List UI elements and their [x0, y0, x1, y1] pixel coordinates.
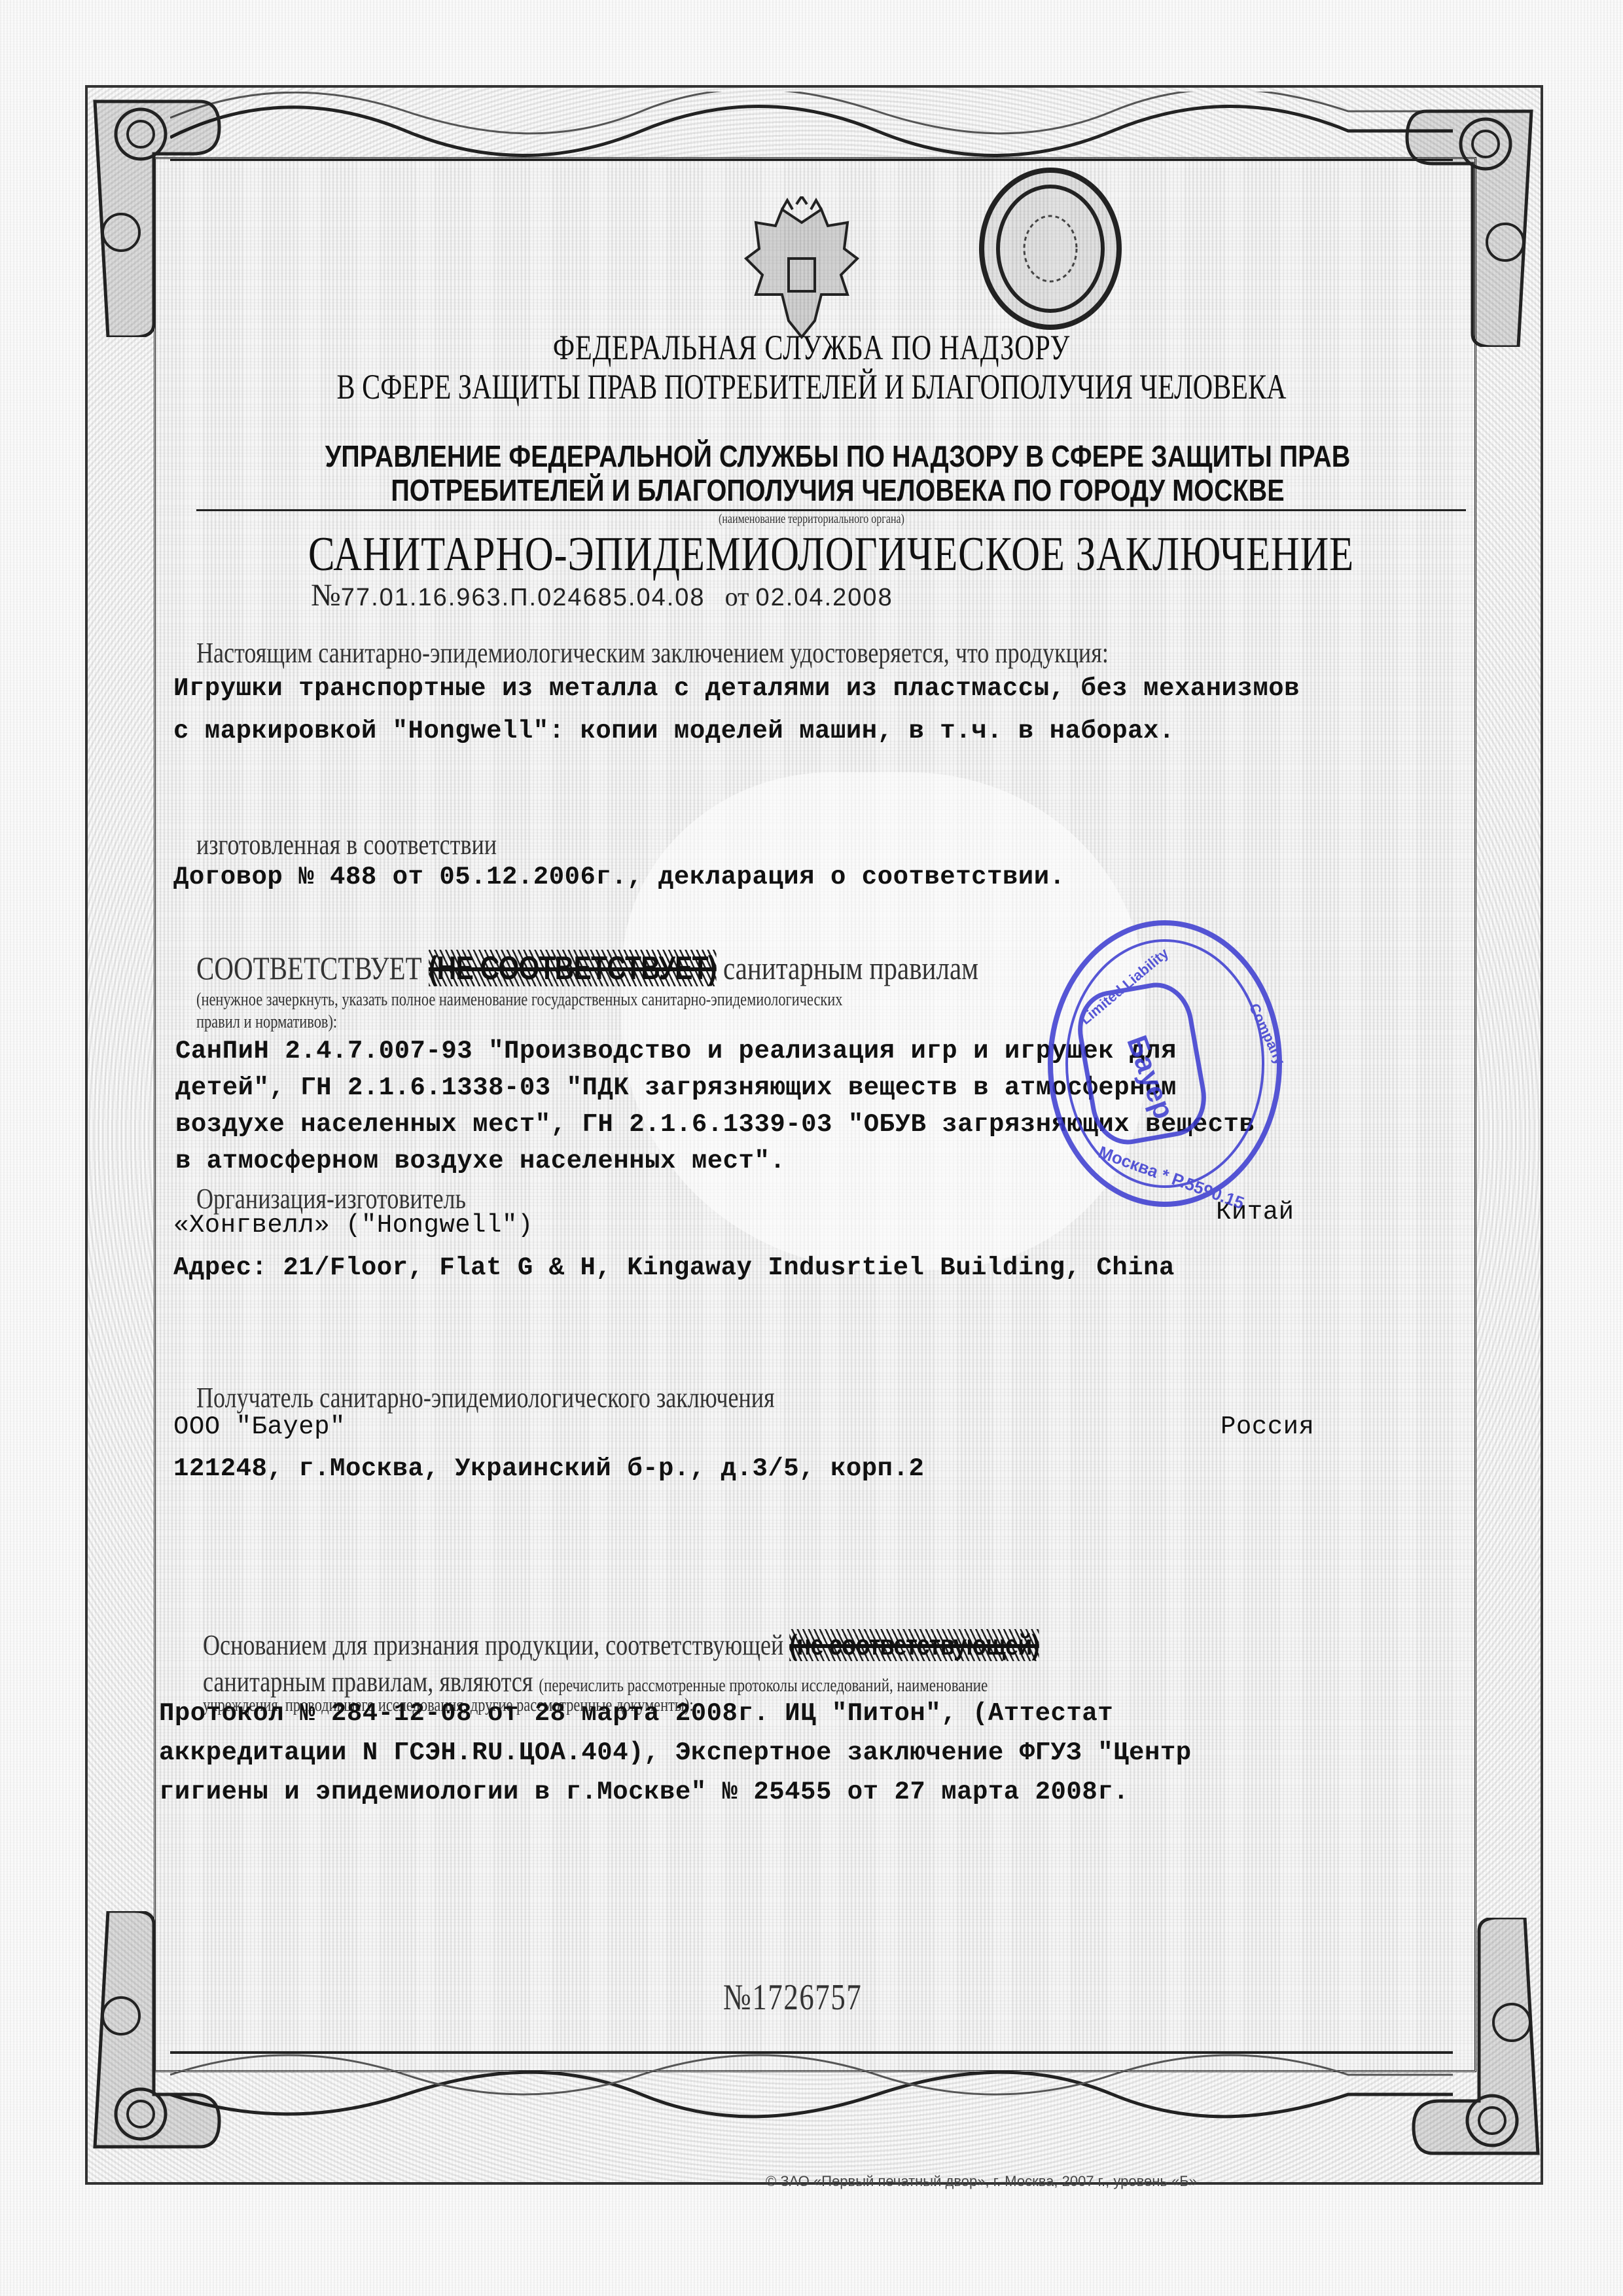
- department-underline: [196, 509, 1466, 511]
- struck-non-compliance-basis: (не соответствующей): [789, 1629, 1039, 1661]
- agency-name-line1: ФЕДЕРАЛЬНАЯ СЛУЖБА ПО НАДЗОРУ: [179, 327, 1444, 368]
- basis-document-line: аккредитации N ГСЭН.RU.ЦОА.404), Эксперт…: [159, 1738, 1192, 1767]
- corner-ornament-top-left: [82, 88, 226, 337]
- number-sign: №: [311, 578, 341, 613]
- printer-imprint: © ЗАО «Первый печатный двор», г. Москва,…: [766, 2173, 1197, 2190]
- agency-seal-icon: [975, 164, 1126, 334]
- product-label: Настоящим санитарно-эпидемиологическим з…: [196, 636, 1109, 670]
- compliance-statement: СООТВЕТСТВУЕТ (НЕ СООТВЕТСТВУЕТ) санитар…: [196, 949, 978, 987]
- recipient-name: ООО "Бауер": [173, 1412, 346, 1441]
- basis-label-text: Основанием для признания продукции, соот…: [203, 1629, 783, 1661]
- recipient-label: Получатель санитарно-эпидемиологического…: [196, 1381, 775, 1414]
- product-line: с маркировкой "Hongwell": копии моделей …: [173, 717, 1175, 745]
- corner-ornament-bottom-left: [82, 1911, 226, 2160]
- manufacturer-address: Адрес: 21/Floor, Flat G & H, Kingaway In…: [173, 1253, 1175, 1282]
- manufactured-label: изготовленная в соответствии: [196, 828, 497, 861]
- corner-ornament-bottom-right: [1407, 1918, 1551, 2166]
- svg-text:Company: Company: [1246, 1001, 1289, 1067]
- recipient-address: 121248, г.Москва, Украинский б-р., д.3/5…: [173, 1454, 924, 1483]
- compliance-word: СООТВЕТСТВУЕТ: [196, 950, 422, 986]
- product-line: Игрушки транспортные из металла с деталя…: [173, 674, 1300, 703]
- manufacturer-name: «Хонгвелл» ("Hongwell"): [173, 1211, 533, 1240]
- certificate-date: 02.04.2008: [756, 584, 893, 611]
- certificate-number-line: №77.01.16.963.П.024685.04.08 от 02.04.20…: [311, 577, 893, 613]
- form-serial-number: №1726757: [723, 1977, 862, 2018]
- document-title: САНИТАРНО-ЭПИДЕМИОЛОГИЧЕСКОЕ ЗАКЛЮЧЕНИЕ: [166, 527, 1497, 583]
- sanitary-rule-line: в атмосферном воздухе населенных мест".: [175, 1147, 785, 1175]
- corner-ornament-top-right: [1400, 98, 1544, 347]
- basis-document-line: Протокол № 284-12-08 от 28 марта 2008г. …: [159, 1699, 1113, 1728]
- double-headed-eagle-icon: [736, 196, 867, 347]
- department-caption: (наименование территориального органа): [162, 512, 1461, 527]
- stamp-center-text: Бауер: [1120, 1031, 1180, 1123]
- date-prefix: от: [725, 582, 749, 611]
- basis-label-text: санитарным правилам, являются: [203, 1666, 533, 1698]
- manufactured-basis: Договор № 488 от 05.12.2006г., деклараци…: [173, 863, 1065, 891]
- compliance-tail: санитарным правилам: [723, 950, 978, 986]
- sanitary-rule-line: СанПиН 2.4.7.007-93 "Производство и реал…: [175, 1037, 1177, 1066]
- department-name-line2: ПОТРЕБИТЕЛЕЙ И БЛАГОПОЛУЧИЯ ЧЕЛОВЕКА ПО …: [140, 473, 1536, 508]
- company-stamp-icon: Бауер Москва * P.5590.15 Limited Liabili…: [1047, 913, 1374, 1240]
- basis-label: Основанием для признания продукции, соот…: [203, 1628, 1039, 1662]
- department-name-line1: УПРАВЛЕНИЕ ФЕДЕРАЛЬНОЙ СЛУЖБЫ ПО НАДЗОРУ…: [140, 439, 1536, 474]
- certificate-number: 77.01.16.963.П.024685.04.08: [341, 584, 705, 611]
- certificate-page: ФЕДЕРАЛЬНАЯ СЛУЖБА ПО НАДЗОРУ В СФЕРЕ ЗА…: [0, 0, 1623, 2296]
- struck-non-compliance: (НЕ СООТВЕТСТВУЕТ): [429, 950, 717, 986]
- basis-hint: (перечислить рассмотренные протоколы исс…: [539, 1676, 988, 1696]
- compliance-hint: правил и нормативов):: [196, 1012, 337, 1033]
- basis-label-line2: санитарным правилам, являются (перечисли…: [203, 1665, 988, 1698]
- compliance-hint: (ненужное зачеркнуть, указать полное наи…: [196, 990, 843, 1011]
- top-wave-ornament: [170, 92, 1453, 164]
- basis-document-line: гигиены и эпидемиологии в г.Москве" № 25…: [159, 1778, 1129, 1806]
- sanitary-rule-line: детей", ГН 2.1.6.1338-03 "ПДК загрязняющ…: [175, 1073, 1177, 1102]
- agency-name-line2: В СФЕРЕ ЗАЩИТЫ ПРАВ ПОТРЕБИТЕЛЕЙ И БЛАГО…: [179, 367, 1444, 407]
- recipient-country: Россия: [1221, 1412, 1314, 1441]
- bottom-wave-ornament: [170, 2049, 1453, 2121]
